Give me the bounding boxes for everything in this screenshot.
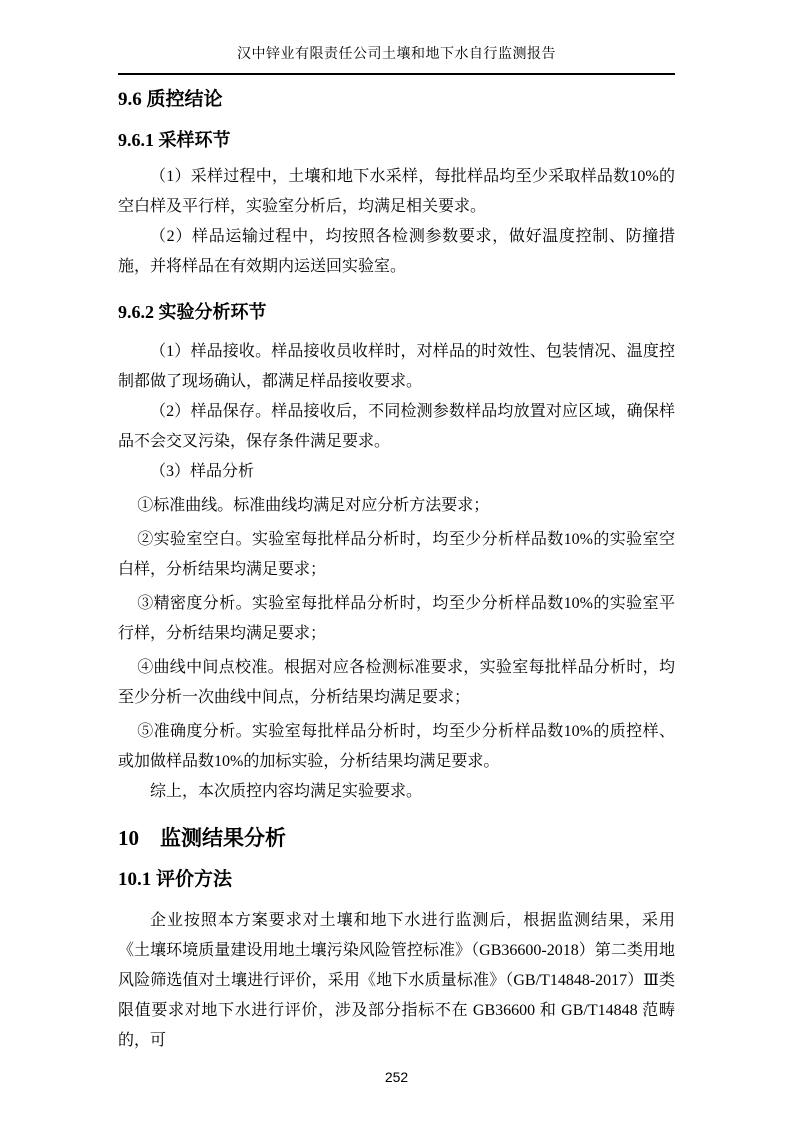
para-analysis-title: （3）样品分析 bbox=[118, 457, 675, 487]
para-analysis-storage: （2）样品保存。样品接收后，不同检测参数样品均放置对应区域，确保样品不会交叉污染… bbox=[118, 397, 675, 457]
para-analysis-receive: （1）样品接收。样品接收员收样时，对样品的时效性、包装情况、温度控制都做了现场确… bbox=[118, 337, 675, 397]
para-precision: ③精密度分析。实验室每批样品分析时，均至少分析样品数10%的实验室平行样，分析结… bbox=[118, 589, 675, 649]
para-sampling-2: （2）样品运输过程中，均按照各检测参数要求，做好温度控制、防撞措施，并将样品在有… bbox=[118, 222, 675, 282]
para-sampling-1: （1）采样过程中，土壤和地下水采样，每批样品均至少采取样品数10%的空白样及平行… bbox=[118, 162, 675, 222]
page-header: 汉中锌业有限责任公司土壤和地下水自行监测报告 bbox=[118, 46, 675, 75]
para-accuracy: ⑤准确度分析。实验室每批样品分析时，均至少分析样品数10%的质控样、或加做样品数… bbox=[118, 717, 675, 777]
para-lab-blank: ②实验室空白。实验室每批样品分析时，均至少分析样品数10%的实验室空白样，分析结… bbox=[118, 525, 675, 585]
para-evaluation-method: 企业按照本方案要求对土壤和地下水进行监测后，根据监测结果，采用《土壤环境质量建设… bbox=[118, 906, 675, 1056]
page-footer: 252 bbox=[118, 1068, 675, 1086]
para-std-curve: ①标准曲线。标准曲线均满足对应分析方法要求； bbox=[118, 491, 675, 521]
header-title: 汉中锌业有限责任公司土壤和地下水自行监测报告 bbox=[237, 47, 556, 62]
heading-9-6-1: 9.6.1 采样环节 bbox=[118, 128, 675, 152]
page-content: 9.6 质控结论 9.6.1 采样环节 （1）采样过程中，土壤和地下水采样，每批… bbox=[118, 87, 675, 1056]
heading-9-6-2: 9.6.2 实验分析环节 bbox=[118, 300, 675, 324]
para-qc-conclusion: 综上，本次质控内容均满足实验要求。 bbox=[118, 777, 675, 807]
heading-9-6: 9.6 质控结论 bbox=[118, 87, 675, 113]
heading-10-1: 10.1 评价方法 bbox=[118, 867, 675, 893]
document-page: 汉中锌业有限责任公司土壤和地下水自行监测报告 9.6 质控结论 9.6.1 采样… bbox=[0, 0, 793, 1122]
heading-10: 10 监测结果分析 bbox=[118, 823, 675, 853]
para-curve-midpoint: ④曲线中间点校准。根据对应各检测标准要求，实验室每批样品分析时，均至少分析一次曲… bbox=[118, 653, 675, 713]
page-number: 252 bbox=[385, 1069, 408, 1085]
